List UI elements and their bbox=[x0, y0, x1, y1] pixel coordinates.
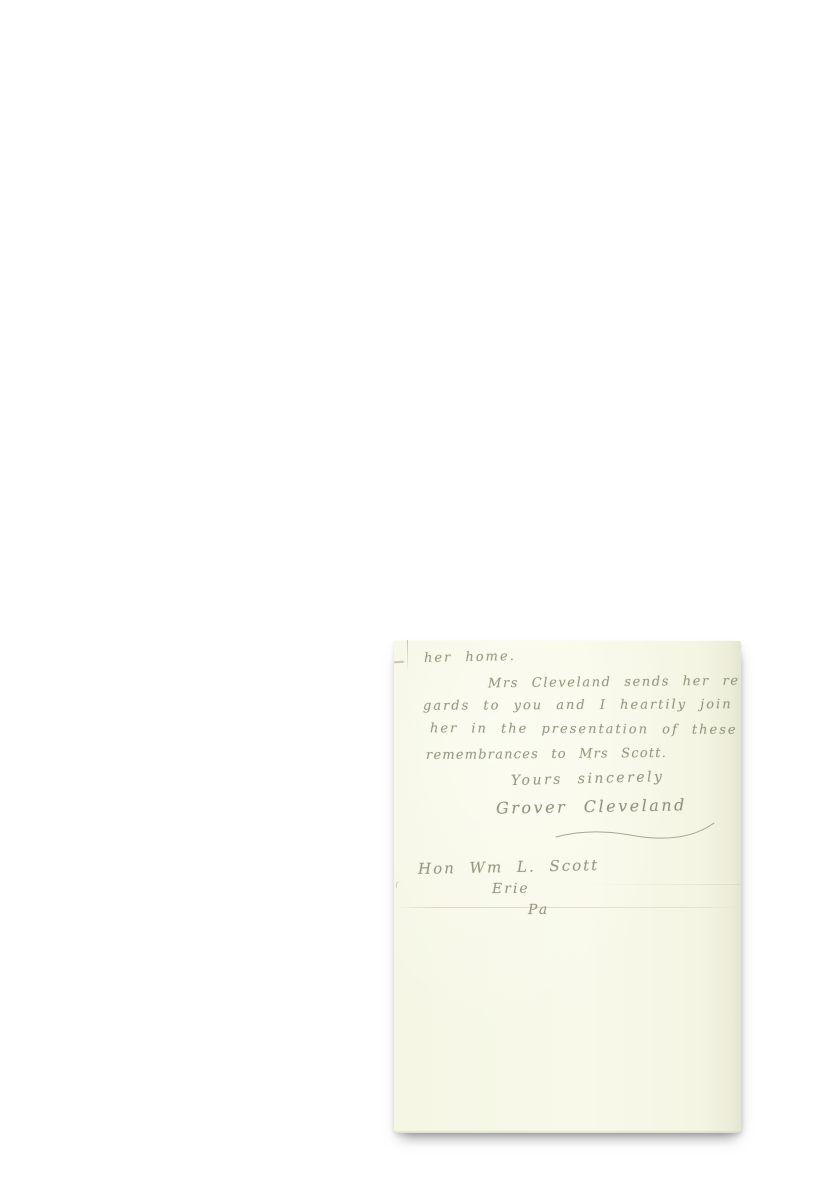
photo-background: her home. Mrs Cleveland sends her re gar… bbox=[0, 0, 819, 1197]
letter-paper: her home. Mrs Cleveland sends her re gar… bbox=[394, 641, 741, 1133]
closing-line: Yours sincerely bbox=[511, 769, 665, 789]
paper-fold-crease-faint bbox=[581, 884, 741, 885]
address-line-city: Erie bbox=[492, 881, 530, 897]
paper-fold-crease bbox=[394, 907, 741, 908]
paper-crease-vertical bbox=[407, 640, 408, 674]
body-line: gards to you and I heartily join bbox=[423, 697, 733, 714]
signature-flourish bbox=[542, 819, 720, 843]
body-line: remembrances to Mrs Scott. bbox=[426, 746, 667, 763]
salutation-fragment: her home. bbox=[424, 649, 516, 666]
signature: Grover Cleveland bbox=[496, 795, 687, 817]
pencil-dash-mark bbox=[394, 661, 404, 664]
address-line-state: Pa bbox=[528, 902, 549, 918]
address-line-recipient: Hon Wm L. Scott bbox=[418, 856, 600, 878]
pencil-tick-mark bbox=[395, 880, 403, 889]
body-line: Mrs Cleveland sends her re bbox=[488, 674, 740, 692]
body-line: her in the presentation of these bbox=[430, 721, 738, 738]
